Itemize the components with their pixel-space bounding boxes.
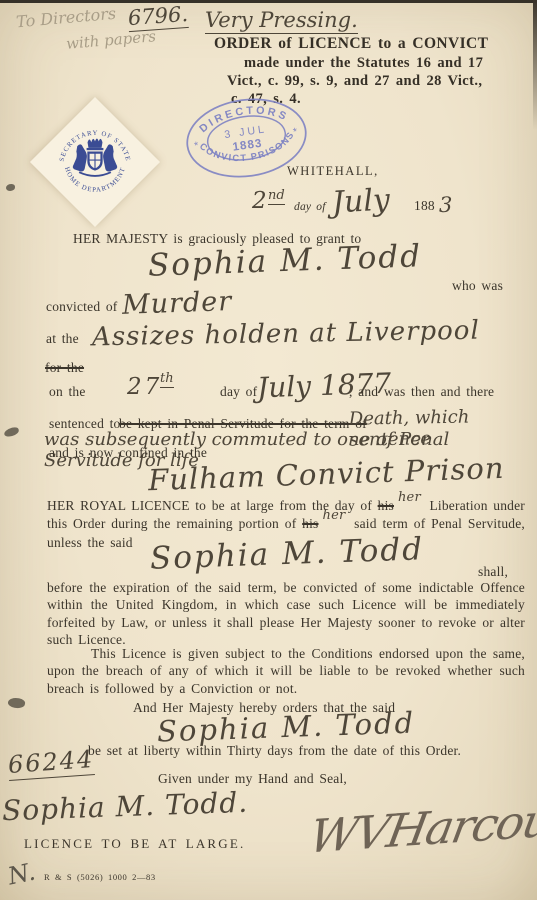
pencil-initial: N.: [5, 857, 37, 890]
date-year-hand: 3: [439, 193, 452, 217]
doc-title-footer: LICENCE TO BE AT LARGE.: [24, 836, 245, 852]
case-number: 66244: [7, 745, 95, 781]
day-of-label: day of: [220, 384, 257, 400]
stamp-star-left: *: [194, 140, 201, 153]
on-the-label: on the: [49, 384, 86, 400]
lion-left-icon: [73, 144, 87, 171]
date-month: July: [331, 183, 391, 221]
place-line: WHITEHALL,: [287, 164, 379, 179]
struck-his-2: his: [302, 516, 318, 531]
crown-icon: [88, 139, 103, 148]
heading-line2: made under the Statutes 16 and 17: [244, 55, 483, 72]
convicted-of-label: convicted of: [46, 299, 118, 315]
struck-his-1: his: [378, 498, 394, 513]
ink-blemish: [6, 184, 15, 191]
inserted-her-1: her: [398, 490, 421, 505]
seal-scroll: [79, 172, 111, 176]
pencil-note-line1: To Directors: [15, 4, 116, 32]
ink-blemish: [7, 697, 25, 710]
scan-edge-top: [0, 0, 537, 3]
stamp-star-right: *: [292, 126, 299, 139]
docket-number: 6796.: [127, 2, 189, 32]
date-day-num: 2: [252, 188, 267, 214]
printer-code: R & S (5026) 1000 2—83: [44, 872, 156, 882]
home-secretary-signature: WVHarcourt: [305, 791, 537, 864]
at-the-label: at the: [46, 331, 79, 347]
royal-seal: SECRETARY OF STATE HOME DEPARTMENT: [53, 118, 137, 204]
liberty-line: be set at liberty within Thirty days fro…: [88, 743, 461, 759]
confined-line: and is now confined in the: [49, 445, 207, 461]
assizes-entry: Assizes holden at Liverpool: [92, 316, 480, 353]
heading-line3: Vict., c. 99, s. 9, and 27 and 28 Vict.,: [227, 73, 482, 90]
offence-entry: Murder: [121, 286, 232, 321]
heading-line1: ORDER of LICENCE to a CONVICT: [214, 35, 488, 53]
inserted-her-2: her: [323, 508, 346, 523]
date-year-printed: 188: [414, 198, 435, 214]
ink-blemish: [3, 426, 20, 438]
for-the-struck: for the: [45, 360, 84, 376]
shall-line: shall,: [478, 564, 508, 580]
who-was-line: who was: [452, 278, 503, 294]
document-page: To Directors with papers 6796. Very Pres…: [0, 0, 537, 900]
sentence-day-num: 27: [127, 374, 162, 400]
lion-right-icon: [103, 144, 117, 171]
conditions-paragraph: This Licence is given subject to the Con…: [47, 645, 525, 697]
date-day-of: day of: [294, 201, 326, 213]
forfeit-paragraph: before the expiration of the said term, …: [47, 579, 525, 649]
sentence-day-suffix: th: [160, 371, 174, 388]
date-day-suffix: nd: [268, 188, 285, 205]
scan-edge-right: [533, 0, 537, 130]
very-pressing-note: Very Pressing.: [205, 8, 358, 34]
name-bottom-left: Sophia M. Todd.: [1, 786, 248, 828]
given-line: Given under my Hand and Seal,: [158, 771, 347, 787]
then-there-line: , and was then and there: [349, 384, 494, 400]
